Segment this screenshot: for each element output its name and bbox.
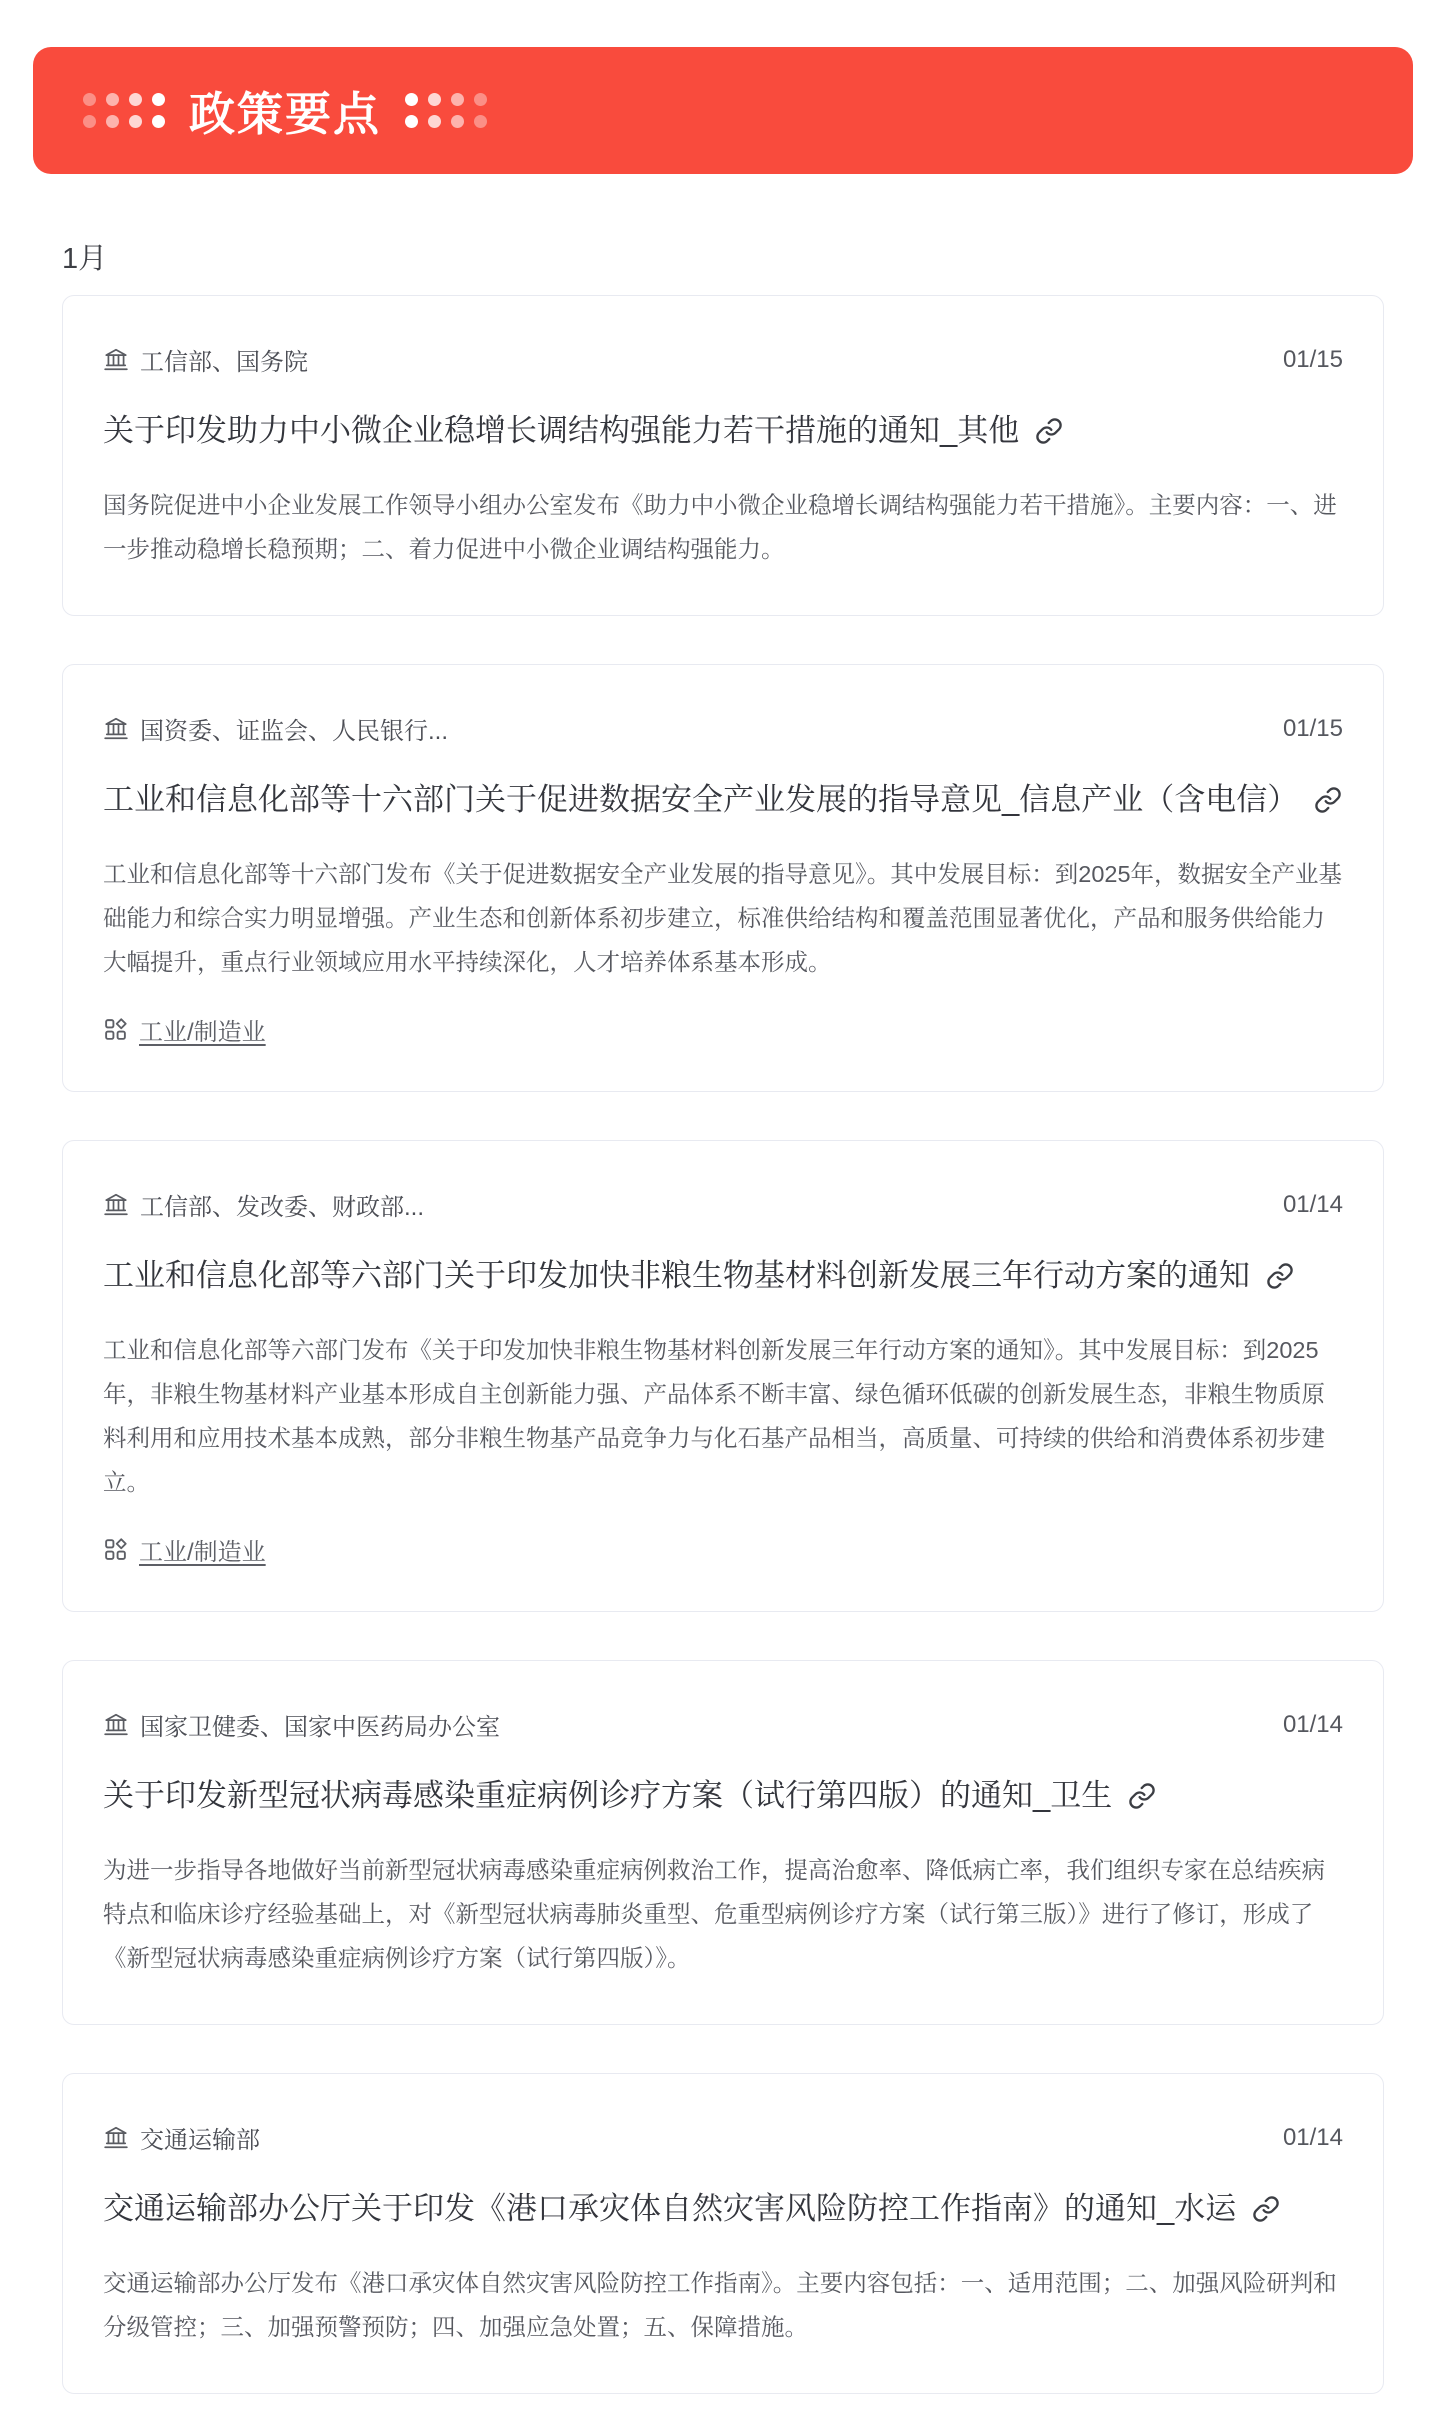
link-icon[interactable]	[1252, 2189, 1280, 2237]
policy-card: 国资委、证监会、人民银行... 01/15 工业和信息化部等十六部门关于促进数据…	[62, 664, 1384, 1092]
dot	[428, 93, 441, 106]
dot	[106, 93, 119, 106]
dot	[152, 115, 165, 128]
category-grid-icon	[103, 1017, 128, 1042]
policy-description: 工业和信息化部等十六部门发布《关于促进数据安全产业发展的指导意见》。其中发展目标…	[103, 852, 1343, 984]
policy-card: 国家卫健委、国家中医药局办公室 01/14 关于印发新型冠状病毒感染重症病例诊疗…	[62, 1660, 1384, 2025]
dot	[83, 115, 96, 128]
policy-description: 工业和信息化部等六部门发布《关于印发加快非粮生物基材料创新发展三年行动方案的通知…	[103, 1328, 1343, 1504]
policy-title-link[interactable]: 交通运输部办公厅关于印发《港口承灾体自然灾害风险防控工作指南》的通知_水运	[103, 2185, 1343, 2237]
institution: 工信部、国务院	[103, 342, 308, 377]
policy-title-link[interactable]: 关于印发新型冠状病毒感染重症病例诊疗方案（试行第四版）的通知_卫生	[103, 1772, 1343, 1824]
dot	[405, 93, 418, 106]
card-date: 01/15	[1283, 715, 1343, 743]
dot	[129, 115, 142, 128]
link-icon[interactable]	[1035, 411, 1063, 459]
card-header: 国家卫健委、国家中医药局办公室 01/14	[103, 1707, 1343, 1742]
tag-label[interactable]: 工业/制造业	[139, 1532, 266, 1567]
card-header: 工信部、国务院 01/15	[103, 342, 1343, 377]
card-date: 01/14	[1283, 1711, 1343, 1739]
policy-title-text: 工业和信息化部等六部门关于印发加快非粮生物基材料创新发展三年行动方案的通知	[103, 1258, 1250, 1293]
policy-description: 国务院促进中小企业发展工作领导小组办公室发布《助力中小微企业稳增长调结构强能力若…	[103, 483, 1343, 571]
policy-title-link[interactable]: 关于印发助力中小微企业稳增长调结构强能力若干措施的通知_其他	[103, 407, 1343, 459]
card-date: 01/14	[1283, 2124, 1343, 2152]
bank-icon	[103, 716, 129, 742]
link-icon[interactable]	[1266, 1256, 1294, 1304]
dot	[152, 93, 165, 106]
cards-list: 工信部、国务院 01/15 关于印发助力中小微企业稳增长调结构强能力若干措施的通…	[62, 295, 1384, 2394]
dot	[474, 115, 487, 128]
policy-title-link[interactable]: 工业和信息化部等十六部门关于促进数据安全产业发展的指导意见_信息产业（含电信）	[103, 776, 1343, 828]
card-date: 01/14	[1283, 1191, 1343, 1219]
policy-title-text: 关于印发助力中小微企业稳增长调结构强能力若干措施的通知_其他	[103, 413, 1019, 448]
policy-title-text: 交通运输部办公厅关于印发《港口承灾体自然灾害风险防控工作指南》的通知_水运	[103, 2191, 1236, 2226]
institution-label: 工信部、国务院	[140, 342, 308, 377]
policy-description: 为进一步指导各地做好当前新型冠状病毒感染重症病例救治工作，提高治愈率、降低病亡率…	[103, 1848, 1343, 1980]
policy-banner: 政策要点	[33, 47, 1413, 174]
category-grid-icon	[103, 1537, 128, 1562]
institution-label: 工信部、发改委、财政部...	[140, 1187, 424, 1222]
policy-description: 交通运输部办公厅发布《港口承灾体自然灾害风险防控工作指南》。主要内容包括：一、适…	[103, 2261, 1343, 2349]
dot	[83, 93, 96, 106]
dot	[405, 115, 418, 128]
institution-label: 国资委、证监会、人民银行...	[140, 711, 448, 746]
institution: 交通运输部	[103, 2120, 260, 2155]
card-header: 国资委、证监会、人民银行... 01/15	[103, 711, 1343, 746]
institution: 工信部、发改委、财政部...	[103, 1187, 424, 1222]
dot	[428, 115, 441, 128]
dot	[106, 115, 119, 128]
tag-label[interactable]: 工业/制造业	[139, 1012, 266, 1047]
card-header: 交通运输部 01/14	[103, 2120, 1343, 2155]
tag-row[interactable]: 工业/制造业	[103, 1532, 1343, 1567]
bank-icon	[103, 1192, 129, 1218]
page-title: 政策要点	[189, 78, 381, 144]
dot	[129, 93, 142, 106]
policy-title-text: 工业和信息化部等十六部门关于促进数据安全产业发展的指导意见_信息产业（含电信）	[103, 782, 1298, 817]
institution-label: 交通运输部	[140, 2120, 260, 2155]
institution: 国家卫健委、国家中医药局办公室	[103, 1707, 500, 1742]
card-header: 工信部、发改委、财政部... 01/14	[103, 1187, 1343, 1222]
policy-title-link[interactable]: 工业和信息化部等六部门关于印发加快非粮生物基材料创新发展三年行动方案的通知	[103, 1252, 1343, 1304]
link-icon[interactable]	[1128, 1776, 1156, 1824]
bank-icon	[103, 2125, 129, 2151]
card-date: 01/15	[1283, 346, 1343, 374]
policy-card: 工信部、发改委、财政部... 01/14 工业和信息化部等六部门关于印发加快非粮…	[62, 1140, 1384, 1612]
policy-title-text: 关于印发新型冠状病毒感染重症病例诊疗方案（试行第四版）的通知_卫生	[103, 1778, 1112, 1813]
institution-label: 国家卫健委、国家中医药局办公室	[140, 1707, 500, 1742]
link-icon[interactable]	[1314, 780, 1342, 828]
dots-decoration-left	[83, 93, 165, 128]
dots-decoration-right	[405, 93, 487, 128]
bank-icon	[103, 1712, 129, 1738]
policy-card: 工信部、国务院 01/15 关于印发助力中小微企业稳增长调结构强能力若干措施的通…	[62, 295, 1384, 616]
bank-icon	[103, 347, 129, 373]
tag-row[interactable]: 工业/制造业	[103, 1012, 1343, 1047]
dot	[474, 93, 487, 106]
policy-card: 交通运输部 01/14 交通运输部办公厅关于印发《港口承灾体自然灾害风险防控工作…	[62, 2073, 1384, 2394]
institution: 国资委、证监会、人民银行...	[103, 711, 448, 746]
dot	[451, 115, 464, 128]
month-label: 1月	[62, 236, 1384, 277]
dot	[451, 93, 464, 106]
